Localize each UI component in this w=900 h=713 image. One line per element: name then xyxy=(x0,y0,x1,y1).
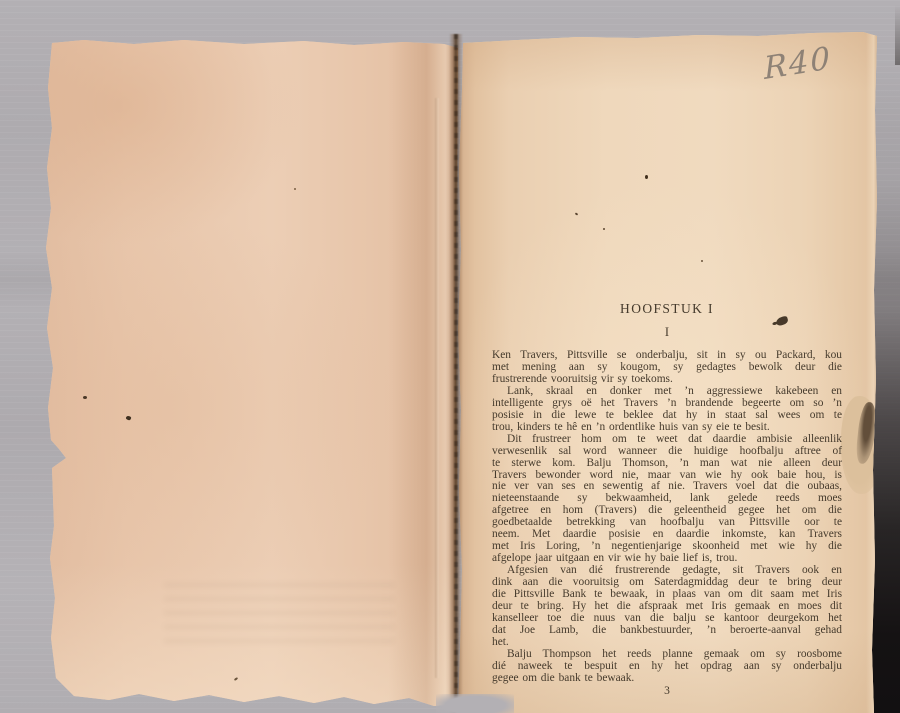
paragraph: Afgesien van dié frustrerende gedagte, s… xyxy=(492,565,842,649)
book-binding-gutter xyxy=(449,34,463,713)
ghost-text-impression xyxy=(164,583,394,643)
paper-speck xyxy=(701,260,703,262)
gutter-tear-gap xyxy=(436,694,514,713)
paper-speck xyxy=(645,175,648,179)
paragraph: Ken Travers, Pittsville se onderbalju, s… xyxy=(492,350,842,386)
text-line: te sterwe kom. Balju Thomson, ’n man wat… xyxy=(492,458,842,470)
body-text: Ken Travers, Pittsville se onderbalju, s… xyxy=(492,350,842,685)
paper-speck xyxy=(83,396,87,399)
section-number: I xyxy=(492,325,842,337)
page-number: 3 xyxy=(492,685,842,697)
handwritten-price-note: R40 xyxy=(763,37,855,111)
paragraph: Lank, skraal en donker met ’n aggressiew… xyxy=(492,386,842,434)
paper-speck xyxy=(125,415,131,420)
text-line: verwesenlik sal word wanneer die huidige… xyxy=(492,446,842,458)
text-line: posisie in die lewe te beklee dat hy in … xyxy=(492,410,842,422)
paper-speck xyxy=(294,188,296,190)
paper-speck xyxy=(234,677,238,681)
scanner-background: R40 HOOFSTUK I I Ken Travers, Pittsville… xyxy=(0,0,900,713)
paper-speck xyxy=(603,228,605,230)
text-line: dat Joe Lamb, die bankbestuurder, ’n ber… xyxy=(492,625,842,637)
text-block: HOOFSTUK I I Ken Travers, Pittsville se … xyxy=(492,301,842,697)
chapter-heading: HOOFSTUK I xyxy=(492,301,842,316)
left-page xyxy=(44,38,458,712)
text-line: gegee om die bank te bewaak. xyxy=(492,673,842,685)
text-line: dié naweek te bespuit en hy het opdrag a… xyxy=(492,661,842,673)
right-page: R40 HOOFSTUK I I Ken Travers, Pittsville… xyxy=(458,30,882,713)
text-line: Dit frustreer hom om te weet dat daardie… xyxy=(492,434,842,446)
paragraph: Dit frustreer hom om te weet dat daardie… xyxy=(492,434,842,565)
text-line: trou, kinders te hê en ’n ordentlike hui… xyxy=(492,422,842,434)
text-line: Balju Thompson het reeds planne gemaak o… xyxy=(492,649,842,661)
text-line: intelligente grys oë het Travers ’n bran… xyxy=(492,398,842,410)
paper-speck xyxy=(575,212,579,215)
paragraph: Balju Thompson het reeds planne gemaak o… xyxy=(492,649,842,685)
page-crease xyxy=(435,98,439,678)
